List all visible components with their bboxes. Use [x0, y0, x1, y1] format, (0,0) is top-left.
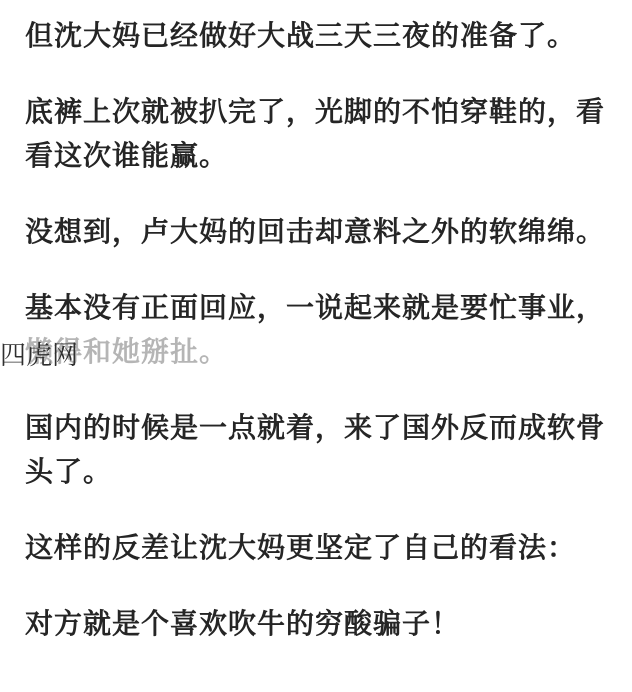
paragraph: 国内的时候是一点就着，来了国外反而成软骨头了。	[25, 406, 624, 494]
paragraph: 但沈大妈已经做好大战三天三夜的准备了。	[25, 14, 624, 58]
paragraph: 对方就是个喜欢吹牛的穷酸骗子！	[25, 602, 624, 646]
paragraph: 底裤上次就被扒完了，光脚的不怕穿鞋的，看看这次谁能赢。	[25, 90, 624, 178]
paragraph-line: 但沈大妈已经做好大战三天三夜的准备了。	[25, 14, 624, 58]
paragraph-line: 看这次谁能赢。	[25, 134, 624, 178]
article-body: 但沈大妈已经做好大战三天三夜的准备了。底裤上次就被扒完了，光脚的不怕穿鞋的，看看…	[0, 0, 632, 646]
paragraph-line-faded: 懒得和她掰扯。	[25, 330, 624, 374]
paragraph: 没想到，卢大妈的回击却意料之外的软绵绵。	[25, 210, 624, 254]
paragraph-line: 对方就是个喜欢吹牛的穷酸骗子！	[25, 602, 624, 646]
paragraph-line: 基本没有正面回应，一说起来就是要忙事业，	[25, 286, 624, 330]
site-watermark: 四虎网	[0, 340, 78, 370]
paragraph-line: 头了。	[25, 450, 624, 494]
paragraph: 这样的反差让沈大妈更坚定了自己的看法：	[25, 526, 624, 570]
paragraph-line: 国内的时候是一点就着，来了国外反而成软骨	[25, 406, 624, 450]
article-page: 但沈大妈已经做好大战三天三夜的准备了。底裤上次就被扒完了，光脚的不怕穿鞋的，看看…	[0, 0, 632, 692]
paragraph-line: 这样的反差让沈大妈更坚定了自己的看法：	[25, 526, 624, 570]
paragraph-line: 底裤上次就被扒完了，光脚的不怕穿鞋的，看	[25, 90, 624, 134]
paragraph: 基本没有正面回应，一说起来就是要忙事业，懒得和她掰扯。	[25, 286, 624, 374]
paragraph-line: 没想到，卢大妈的回击却意料之外的软绵绵。	[25, 210, 624, 254]
